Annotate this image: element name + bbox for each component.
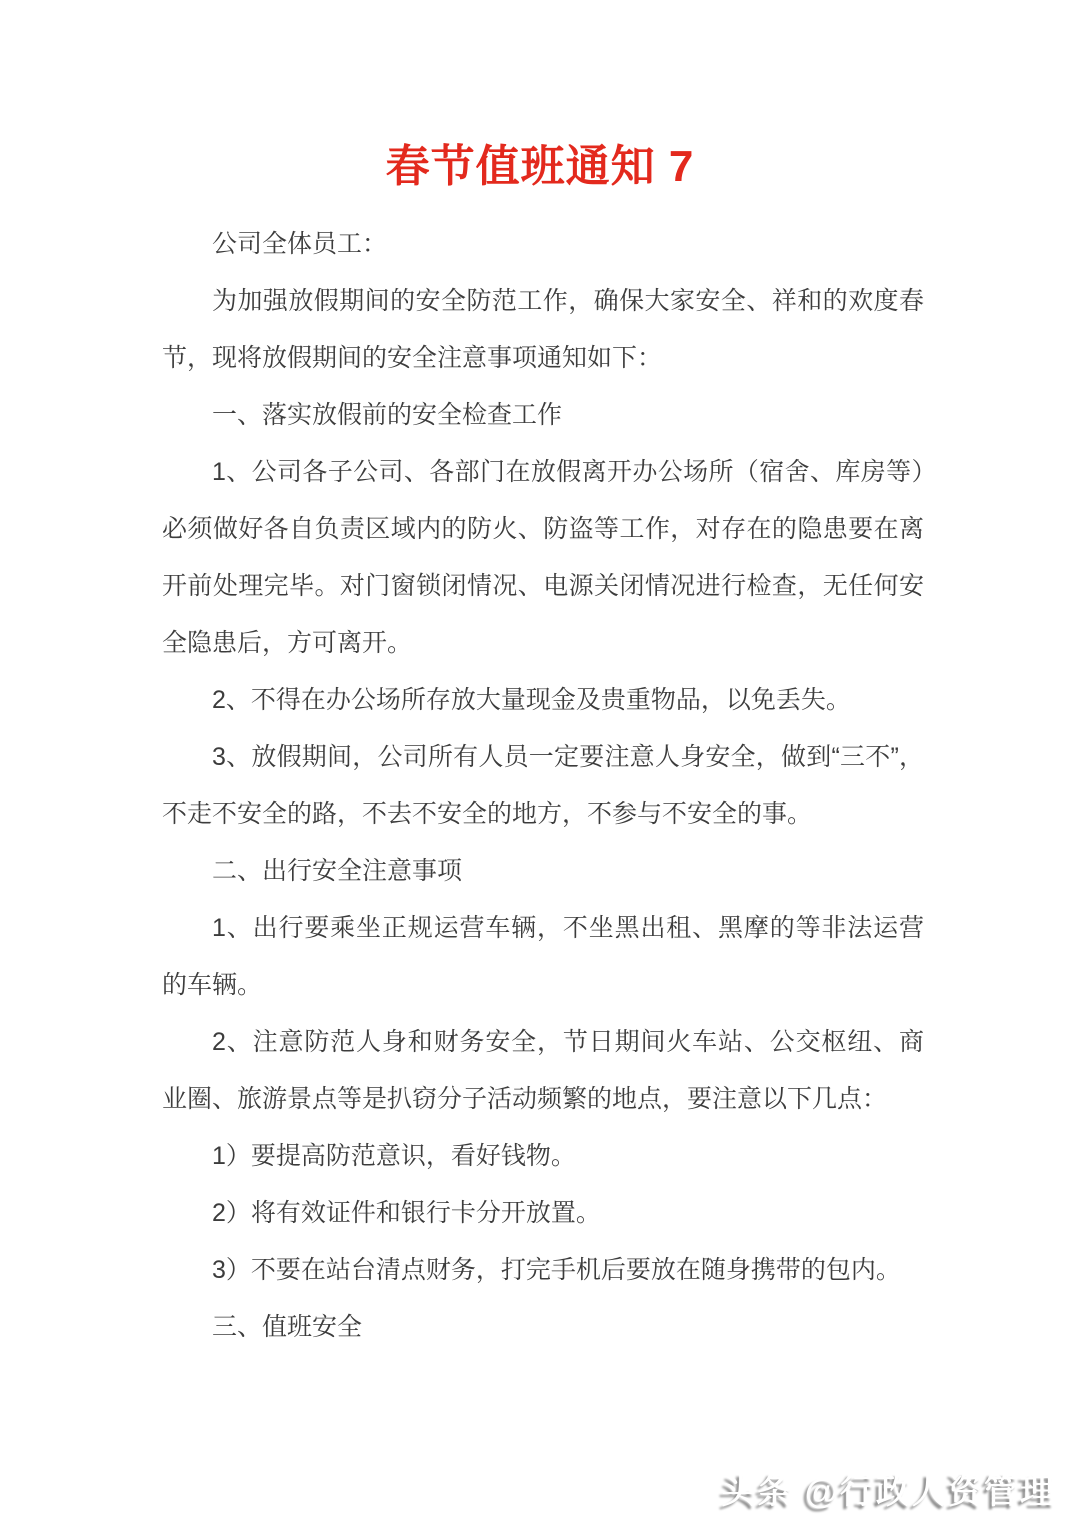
watermark: 头条 @行政人资管理 bbox=[721, 1464, 1056, 1513]
paragraph: 1、公司各子公司、各部门在放假离开办公场所（宿舍、库房等）必须做好各自负责区域内… bbox=[162, 444, 924, 672]
paragraph: 1）要提高防范意识，看好钱物。 bbox=[162, 1128, 924, 1185]
document-page: 春节值班通知 7 公司全体员工：为加强放假期间的安全防范工作，确保大家安全、祥和… bbox=[0, 0, 1080, 1527]
paragraph: 2、注意防范人身和财务安全，节日期间火车站、公交枢纽、商业圈、旅游景点等是扒窃分… bbox=[162, 1014, 924, 1128]
paragraph: 公司全体员工： bbox=[162, 216, 924, 273]
document-title: 春节值班通知 7 bbox=[0, 0, 1080, 194]
paragraph: 3、放假期间，公司所有人员一定要注意人身安全，做到“三不”，不走不安全的路，不去… bbox=[162, 729, 924, 843]
paragraph: 2）将有效证件和银行卡分开放置。 bbox=[162, 1185, 924, 1242]
paragraph: 3）不要在站台清点财务，打完手机后要放在随身携带的包内。 bbox=[162, 1242, 924, 1299]
document-body: 公司全体员工：为加强放假期间的安全防范工作，确保大家安全、祥和的欢度春节，现将放… bbox=[162, 216, 924, 1356]
paragraph: 1、出行要乘坐正规运营车辆，不坐黑出租、黑摩的等非法运营的车辆。 bbox=[162, 900, 924, 1014]
paragraph: 三、值班安全 bbox=[162, 1299, 924, 1356]
paragraph: 为加强放假期间的安全防范工作，确保大家安全、祥和的欢度春节，现将放假期间的安全注… bbox=[162, 273, 924, 387]
paragraph: 二、出行安全注意事项 bbox=[162, 843, 924, 900]
paragraph: 一、落实放假前的安全检查工作 bbox=[162, 387, 924, 444]
paragraph: 2、不得在办公场所存放大量现金及贵重物品，以免丢失。 bbox=[162, 672, 924, 729]
